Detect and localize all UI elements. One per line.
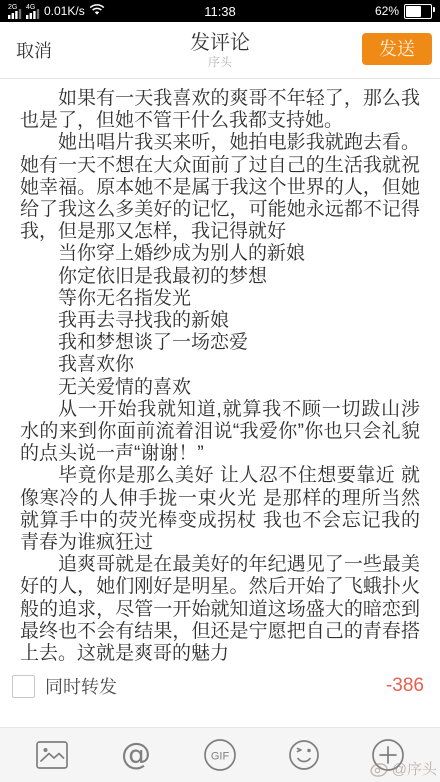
emoji-icon[interactable] <box>287 738 321 772</box>
nav-bar: 取消 发评论 序头 发送 <box>0 22 440 79</box>
repost-row: 同时转发 -386 <box>12 671 428 701</box>
composer-paragraph: 我喜欢你 <box>20 354 420 376</box>
image-icon[interactable] <box>35 738 69 772</box>
composer-paragraph: 毕竟你是那么美好 让人忍不住想要靠近 就像寒冷的人伸手拢一束火光 是那样的理所当… <box>20 465 420 554</box>
composer-paragraph: 从一开始我就知道,就算我不顾一切跋山涉水的来到你面前流着泪说“我爱你”你也只会礼… <box>20 399 420 466</box>
mention-icon[interactable]: @ <box>119 738 153 772</box>
composer-paragraph: 你定依旧是我最初的梦想 <box>20 266 420 288</box>
svg-text:GIF: GIF <box>211 751 230 763</box>
composer-paragraph: 等你无名指发光 <box>20 288 420 310</box>
plus-icon[interactable] <box>371 738 405 772</box>
composer-paragraph: 她出唱片我买来听，她拍电影我就跑去看。她有一天不想在大众面前了过自己的生活我就祝… <box>20 132 420 243</box>
compose-main: 如果有一天我喜欢的爽哥不年轻了，那么我也是了，但她不管干什么我都支持她。她出唱片… <box>0 79 440 727</box>
mention-glyph: @ <box>121 740 151 770</box>
composer-paragraph: 当你穿上婚纱成为别人的新娘 <box>20 243 420 265</box>
status-right: 62% <box>375 4 432 19</box>
send-button[interactable]: 发送 <box>362 33 432 65</box>
compose-comment-screen: 2G 4G 0.01K/s 11:38 62% 取消 发评论 序头 发送 如 <box>0 0 440 782</box>
battery-percent: 62% <box>375 4 399 18</box>
composer-paragraph: 无关爱情的喜欢 <box>20 377 420 399</box>
cancel-button[interactable]: 取消 <box>0 37 68 63</box>
battery-icon <box>404 4 432 19</box>
char-count: -386 <box>386 675 428 697</box>
composer-paragraph: 如果有一天我喜欢的爽哥不年轻了，那么我也是了，但她不管干什么我都支持她。 <box>20 88 420 132</box>
repost-label: 同时转发 <box>45 673 117 699</box>
gif-icon[interactable]: GIF <box>203 738 237 772</box>
comment-text-input[interactable]: 如果有一天我喜欢的爽哥不年轻了，那么我也是了，但她不管干什么我都支持她。她出唱片… <box>0 79 440 665</box>
composer-paragraph: 我再去寻找我的新娘 <box>20 310 420 332</box>
status-bar: 2G 4G 0.01K/s 11:38 62% <box>0 0 440 22</box>
composer-paragraph: 追爽哥就是在最美好的年纪遇见了一些最美好的人，她们刚好是明星。然后开始了飞蛾扑火… <box>20 554 420 665</box>
repost-checkbox[interactable] <box>12 675 35 698</box>
composer-paragraph: 我和梦想谈了一场恋爱 <box>20 332 420 354</box>
compose-toolbar: @ GIF <box>0 727 440 782</box>
